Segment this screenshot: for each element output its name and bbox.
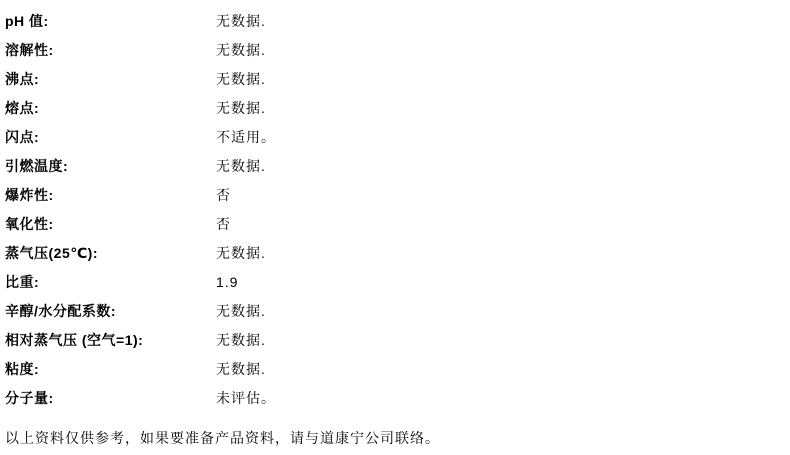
property-label: 蒸气压(25℃): [5, 239, 216, 268]
property-value: 1.9 [216, 268, 238, 297]
property-value: 否 [216, 210, 231, 239]
property-value: 无数据. [216, 297, 266, 326]
property-value: 无数据. [216, 7, 266, 36]
table-row: 闪点: 不适用。 [5, 123, 790, 152]
msds-physical-properties-page: pH 值: 无数据. 溶解性: 无数据. 沸点: 无数据. 熔点: 无数据. 闪… [0, 0, 790, 455]
table-row: 比重: 1.9 [5, 268, 790, 297]
table-row: pH 值: 无数据. [5, 7, 790, 36]
property-label: 闪点: [5, 123, 216, 152]
property-value: 无数据. [216, 326, 266, 355]
property-label: 相对蒸气压 (空气=1): [5, 326, 216, 355]
property-value: 无数据. [216, 152, 266, 181]
property-value: 无数据. [216, 36, 266, 65]
physical-properties-table: pH 值: 无数据. 溶解性: 无数据. 沸点: 无数据. 熔点: 无数据. 闪… [0, 7, 790, 413]
property-label: 溶解性: [5, 36, 216, 65]
property-label: 沸点: [5, 65, 216, 94]
table-row: 氧化性: 否 [5, 210, 790, 239]
table-row: 蒸气压(25℃): 无数据. [5, 239, 790, 268]
property-label: 爆炸性: [5, 181, 216, 210]
property-label: pH 值: [5, 7, 216, 36]
property-label: 粘度: [5, 355, 216, 384]
table-row: 相对蒸气压 (空气=1): 无数据. [5, 326, 790, 355]
table-row: 爆炸性: 否 [5, 181, 790, 210]
table-row: 辛醇/水分配系数: 无数据. [5, 297, 790, 326]
table-row: 粘度: 无数据. [5, 355, 790, 384]
table-row: 引燃温度: 无数据. [5, 152, 790, 181]
property-value: 无数据. [216, 65, 266, 94]
property-label: 比重: [5, 268, 216, 297]
property-value: 无数据. [216, 239, 266, 268]
property-label: 分子量: [5, 384, 216, 413]
property-value: 无数据. [216, 355, 266, 384]
property-value: 不适用。 [216, 123, 276, 152]
table-row: 沸点: 无数据. [5, 65, 790, 94]
property-value: 否 [216, 181, 231, 210]
disclaimer-text: 以上资料仅供参考，如果要准备产品资料，请与道康宁公司联络。 [0, 428, 440, 448]
property-value: 无数据. [216, 94, 266, 123]
property-label: 熔点: [5, 94, 216, 123]
property-label: 引燃温度: [5, 152, 216, 181]
property-label: 氧化性: [5, 210, 216, 239]
table-row: 熔点: 无数据. [5, 94, 790, 123]
table-row: 分子量: 未评估。 [5, 384, 790, 413]
table-row: 溶解性: 无数据. [5, 36, 790, 65]
property-value: 未评估。 [216, 384, 276, 413]
property-label: 辛醇/水分配系数: [5, 297, 216, 326]
